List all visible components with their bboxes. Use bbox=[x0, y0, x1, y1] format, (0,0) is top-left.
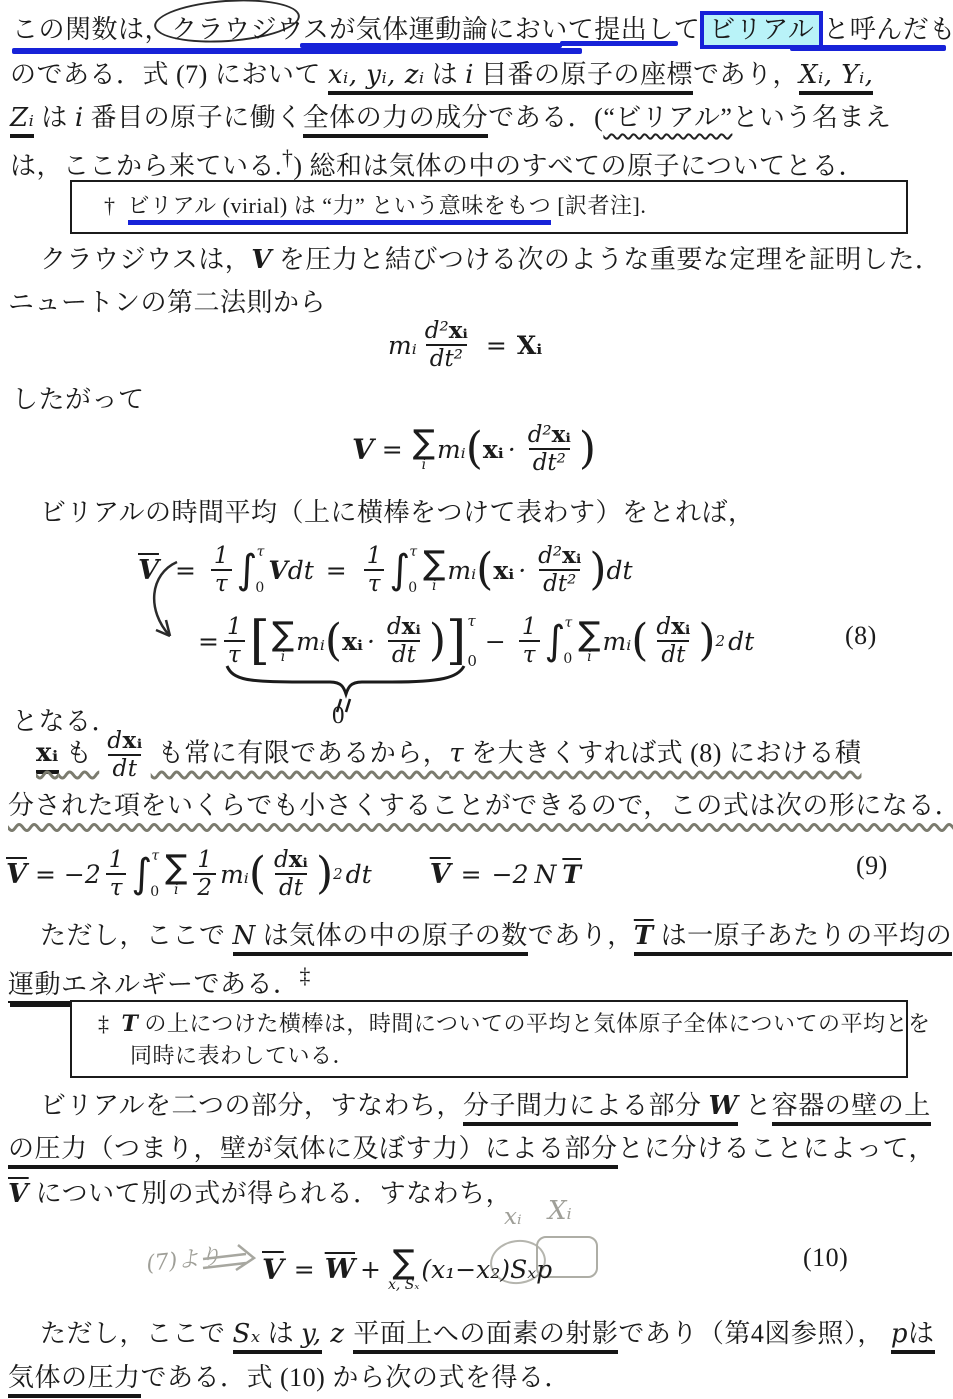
equation-8-tag: (8) bbox=[845, 620, 877, 653]
integral-limits: τ0 bbox=[255, 544, 264, 596]
den-tau: τ bbox=[519, 640, 540, 668]
math-d: d bbox=[387, 614, 402, 640]
dot-operator: · bbox=[367, 627, 375, 656]
script-V: V bbox=[352, 433, 374, 466]
script-T: T bbox=[122, 1011, 139, 1037]
script-T-bar: T bbox=[562, 860, 581, 889]
open-paren: ( bbox=[631, 621, 648, 661]
integral: ∫ bbox=[131, 854, 152, 894]
math-x-i: xᵢ bbox=[552, 421, 571, 448]
num-1: 1 bbox=[105, 847, 128, 873]
equation-10: V = W + ∑x, Sₓ ( x₁−x₂ ) Sₓ p bbox=[262, 1238, 552, 1300]
math-dt: dt bbox=[728, 627, 754, 656]
double-dagger-mark: ‡ bbox=[98, 1011, 110, 1036]
upper-limit: τ bbox=[409, 544, 417, 560]
paragraph-2-line-1: クラウジウスは，V を圧力と結びつける次のような重要な定理を証明した． bbox=[40, 244, 941, 277]
num-1: 1 bbox=[193, 847, 216, 873]
fraction: 1τ bbox=[518, 614, 541, 669]
pencil-text: xᵢ bbox=[504, 1204, 522, 1230]
equals-sign: = bbox=[35, 860, 56, 889]
footnote-1-underlined: ビリアル (virial) は “力” という意味をもつ bbox=[128, 193, 552, 225]
summation: ∑i bbox=[413, 426, 435, 471]
double-dagger-mark: ‡ bbox=[300, 964, 311, 988]
text-run: も bbox=[59, 738, 100, 767]
text-run: も常に有限であるから， bbox=[151, 738, 450, 767]
text-run-underlined: の圧力（つまり，壁が気体に及ぼす力）による部分 bbox=[8, 1134, 618, 1169]
math-m-i: mᵢ bbox=[602, 627, 631, 656]
script-W-bar: W bbox=[325, 1254, 355, 1285]
text-run: ビリアルを二つの部分，すなわち， bbox=[40, 1091, 463, 1120]
equation-10-tag: (10) bbox=[803, 1242, 848, 1275]
text-run: 目番の原子の座標 bbox=[474, 60, 693, 89]
math-x-i: xᵢ bbox=[562, 542, 581, 569]
text-run: は，ここから来ている. bbox=[10, 152, 282, 181]
blue-underline bbox=[300, 43, 562, 48]
math-x-i: xᵢ bbox=[483, 435, 504, 464]
integral: ∫ bbox=[389, 550, 410, 590]
integral: ∫ bbox=[544, 621, 565, 661]
paragraph-6-line-3: V について別の式が得られる．すなわち， bbox=[8, 1178, 512, 1211]
math-x1-minus-x2: x₁−x₂ bbox=[431, 1255, 500, 1284]
script-V-bar: V bbox=[262, 1253, 284, 1286]
sum-index: i bbox=[174, 883, 178, 897]
text-run: ただし，ここで bbox=[40, 921, 233, 950]
bracket-limits: τ0 bbox=[467, 612, 477, 670]
text-run: であり（第4図参照）， bbox=[618, 1319, 891, 1348]
text-run-underlined: 運動エネルギー bbox=[8, 970, 194, 1003]
pencil-annotation-xi: xᵢ bbox=[504, 1204, 522, 1230]
sum-index: i bbox=[587, 650, 591, 664]
shitagatte-line: したがって bbox=[12, 384, 145, 417]
text-run: のである．式 (7) において bbox=[10, 60, 328, 89]
open-bracket: [ bbox=[250, 619, 270, 663]
paragraph-1-line-1: この関数は，クラウジウスが気体運動論において提出してビリアルと呼んだも bbox=[12, 14, 953, 47]
pencil-text: Xᵢ bbox=[548, 1196, 572, 1226]
close-paren: ) bbox=[316, 854, 333, 894]
math-d: d bbox=[274, 847, 289, 873]
handwritten-zero: 0 bbox=[332, 700, 345, 731]
text-run: は bbox=[34, 103, 75, 132]
text-run: は気体の中の原子の数 bbox=[256, 921, 528, 950]
close-bracket: ] bbox=[446, 619, 466, 663]
fraction: dxᵢ dt bbox=[383, 614, 425, 669]
math-x-i: xᵢ bbox=[36, 738, 59, 774]
dot-operator: · bbox=[518, 556, 526, 585]
math-xyz-i: xᵢ, yᵢ, zᵢ bbox=[328, 60, 425, 90]
text-run: [訳者注]. bbox=[551, 193, 646, 218]
text-run: ただし，ここで bbox=[40, 1319, 233, 1348]
equation-virial-def: V = ∑i mᵢ ( xᵢ · d²xᵢ dt² ) bbox=[352, 416, 596, 482]
upper-limit: τ bbox=[151, 848, 159, 864]
exponent-2: 2 bbox=[716, 632, 726, 650]
text-run-underlined: 容器の壁の上 bbox=[772, 1091, 931, 1126]
pencil-annotation-Xi: Xᵢ bbox=[548, 1196, 572, 1226]
math-x-i: xᵢ bbox=[449, 317, 468, 344]
math-dt2: dt² bbox=[543, 571, 576, 597]
close-paren: ) bbox=[698, 621, 715, 661]
math-x-i: xᵢ bbox=[289, 846, 308, 873]
text-run: であり， bbox=[693, 60, 799, 89]
paragraph-1-line-3: Zᵢ は i 番目の原子に働く全体の力の成分である．(“ビリアル”という名まえ bbox=[10, 102, 891, 135]
close-paren: ) bbox=[589, 550, 606, 590]
math-S-x: Sₓ bbox=[510, 1255, 536, 1284]
scanned-textbook-page: この関数は，クラウジウスが気体運動論において提出してビリアルと呼んだも のである… bbox=[0, 0, 953, 1399]
math-N: N bbox=[534, 860, 556, 889]
sum-index: i bbox=[432, 579, 436, 593]
equals-sign: = bbox=[175, 556, 196, 585]
integral-limits: τ0 bbox=[408, 544, 417, 596]
math-dt: dt bbox=[288, 556, 314, 585]
text-run: この関数は， bbox=[12, 15, 171, 44]
lower-limit: 0 bbox=[563, 651, 572, 667]
paragraph-1-line-4: は，ここから来ている.†) 総和は気体の中のすべての原子についてとる． bbox=[10, 145, 865, 183]
lower-limit: 0 bbox=[408, 580, 417, 596]
lower-limit: 0 bbox=[255, 580, 264, 596]
num-1: 1 bbox=[518, 614, 541, 640]
tag-10: (10) bbox=[803, 1243, 848, 1272]
text-run: について別の式が得られる．すなわち， bbox=[29, 1179, 512, 1208]
text-run-clausius: クラウジウス bbox=[171, 15, 329, 44]
summation: ∑i bbox=[165, 851, 187, 896]
exponent-2: 2 bbox=[333, 865, 343, 883]
blue-underline bbox=[790, 45, 946, 51]
fraction: 1τ bbox=[210, 543, 233, 598]
paragraph-7-line-2: 気体の圧力である．式 (10) から次の式を得る． bbox=[8, 1362, 571, 1395]
tag-9: (9) bbox=[856, 851, 888, 880]
math-dt: dt bbox=[346, 860, 372, 889]
text-run: 分された項をいくらでも小さくすることができるので，この式は次の形になる． bbox=[8, 791, 953, 820]
script-V-bar: V bbox=[6, 859, 27, 890]
den-tau: τ bbox=[224, 640, 245, 668]
fraction: dxᵢ dt bbox=[652, 614, 694, 669]
text-run: である．式 (10) から次の式を得る． bbox=[141, 1363, 571, 1392]
paragraph-4-line-2: 分された項をいくらでも小さくすることができるので，この式は次の形になる． bbox=[8, 790, 953, 823]
paragraph-6-line-1: ビリアルを二つの部分，すなわち，分子間力による部分 W と容器の壁の上 bbox=[40, 1090, 931, 1123]
text-run: 同時に表わしている． bbox=[130, 1043, 355, 1068]
math-dt2: dt² bbox=[533, 450, 566, 476]
math-dt: dt bbox=[279, 875, 303, 901]
math-m-i: mᵢ bbox=[437, 435, 466, 464]
sigma: ∑ bbox=[165, 851, 187, 882]
math-m-i: mᵢ bbox=[220, 860, 249, 889]
sigma: ∑ bbox=[272, 618, 294, 649]
den-tau: τ bbox=[211, 569, 232, 597]
fraction: 1τ bbox=[223, 614, 246, 669]
open-paren: ( bbox=[249, 854, 266, 894]
text-run: が気体運動論において提出して bbox=[329, 15, 700, 44]
open-paren: ( bbox=[476, 550, 493, 590]
text-run: を圧力と結びつける次のような重要な定理を証明した． bbox=[272, 245, 942, 274]
text-run-underlined: 平面上への面素の射影 bbox=[353, 1319, 618, 1354]
open-paren: ( bbox=[325, 621, 342, 661]
math-Z-i: Zᵢ bbox=[10, 103, 34, 133]
text-run-wavy-virial: “ビリアル” bbox=[603, 103, 732, 132]
footnote-1-text: † ビリアル (virial) は “力” という意味をもつ [訳者注]. bbox=[104, 192, 646, 220]
text-run: ニュートンの第二法則から bbox=[8, 288, 326, 317]
lower-limit: 0 bbox=[467, 652, 477, 670]
summation: ∑i bbox=[578, 618, 600, 663]
paragraph-7-line-1: ただし，ここで Sₓ は y, z 平面上への面素の射影であり（第4図参照）， … bbox=[40, 1318, 935, 1351]
math-tau: τ bbox=[449, 738, 464, 768]
sigma: ∑ bbox=[578, 618, 600, 649]
math-i: i bbox=[465, 60, 474, 90]
math-XY-i: Xᵢ, Yᵢ, bbox=[799, 60, 873, 90]
math-d2: d² bbox=[425, 318, 449, 344]
text-run: 番目の原子に働く bbox=[84, 103, 303, 132]
text-run: である． bbox=[194, 970, 300, 999]
text-run: は bbox=[908, 1319, 935, 1348]
fraction-half: 12 bbox=[193, 847, 216, 902]
math-dt2: dt² bbox=[430, 346, 463, 372]
plus-sign: + bbox=[360, 1255, 381, 1284]
math-dt: dt bbox=[392, 642, 416, 668]
equation-8-line-1: V = 1τ ∫ τ0 V dt = 1τ ∫ τ0 ∑i mᵢ ( xᵢ · … bbox=[138, 538, 633, 602]
highlight-term-virial: ビリアル bbox=[700, 11, 823, 49]
math-i: i bbox=[75, 103, 84, 133]
sum-index: i bbox=[281, 650, 285, 664]
text-run-underlined: 気体の圧力 bbox=[8, 1363, 141, 1398]
script-V: V bbox=[268, 556, 287, 585]
math-d: d bbox=[656, 614, 671, 640]
text-run: ビリアルの時間平均（上に横棒をつけて表わす）をとれば， bbox=[40, 498, 754, 527]
open-paren: ( bbox=[421, 1255, 431, 1284]
math-x-i: xᵢ bbox=[402, 613, 421, 640]
script-V: V bbox=[251, 245, 272, 275]
sigma: ∑ bbox=[393, 1246, 415, 1277]
math-x-i: xᵢ bbox=[671, 613, 690, 640]
script-V-bar: V bbox=[430, 859, 451, 890]
math-p: p bbox=[536, 1255, 552, 1284]
math-p: p bbox=[891, 1319, 908, 1349]
text-run: クラウジウスは， bbox=[40, 245, 251, 274]
minus-sign: − bbox=[485, 627, 506, 656]
footnote-2-line-1: ‡ T の上につけた横棒は，時間についての平均と気体原子全体についての平均とを bbox=[98, 1010, 931, 1039]
fraction: d²xᵢ dt² bbox=[524, 422, 575, 477]
text-run: 分子間力による部分 bbox=[463, 1091, 709, 1120]
math-dt: dt bbox=[112, 756, 137, 782]
paragraph-4-line-1: xᵢ も dxᵢdt も常に有限であるから，τ を大きくすれば式 (8) におけ… bbox=[36, 728, 861, 783]
math-dt: dt bbox=[661, 642, 685, 668]
text-run: という名まえ bbox=[732, 103, 891, 132]
close-paren: ) bbox=[500, 1255, 510, 1284]
sigma: ∑ bbox=[423, 547, 445, 578]
minus-two: −2 bbox=[492, 860, 529, 889]
math-m-i: mᵢ bbox=[388, 331, 417, 360]
math-m-i: mᵢ bbox=[296, 627, 325, 656]
summation: ∑i bbox=[272, 618, 294, 663]
script-W: W bbox=[708, 1091, 738, 1121]
fraction: dxᵢdt bbox=[103, 728, 146, 783]
text-run: は一原子あたりの平均の bbox=[654, 921, 953, 950]
fraction: d²xᵢ dt² bbox=[421, 318, 472, 373]
dagger-mark: † bbox=[282, 146, 293, 170]
summation: ∑i bbox=[423, 547, 445, 592]
text-run: は bbox=[425, 60, 466, 89]
paragraph-3: ビリアルの時間平均（上に横棒をつけて表わす）をとれば， bbox=[40, 497, 754, 530]
paragraph-2-line-2: ニュートンの第二法則から bbox=[8, 287, 326, 320]
num-1: 1 bbox=[363, 543, 386, 569]
num-1: 1 bbox=[223, 614, 246, 640]
dagger-mark: † bbox=[104, 193, 116, 218]
fraction: dxᵢ dt bbox=[270, 847, 312, 902]
blue-underline bbox=[12, 48, 582, 54]
math-X-i: Xᵢ bbox=[517, 331, 542, 360]
summation: ∑x, Sₓ bbox=[388, 1246, 419, 1291]
equation-9-tag: (9) bbox=[856, 850, 888, 883]
upper-limit: τ bbox=[257, 544, 265, 560]
equals-sign: = bbox=[382, 435, 403, 464]
equals-sign: = bbox=[326, 556, 347, 585]
paragraph-6-line-2: の圧力（つまり，壁が気体に及ぼす力）による部分とに分けることによって， bbox=[8, 1133, 935, 1166]
close-paren: ) bbox=[429, 621, 446, 661]
text-run: ) 総和は気体の中のすべての原子についてとる． bbox=[293, 152, 865, 181]
text-run: したがって bbox=[12, 385, 145, 414]
paragraph-1-line-2: のである．式 (7) において xᵢ, yᵢ, zᵢ は i 目番の原子の座標で… bbox=[10, 59, 873, 92]
fraction: d²xᵢ dt² bbox=[534, 543, 585, 598]
den-tau: τ bbox=[106, 873, 127, 901]
text-run: は bbox=[261, 1319, 302, 1348]
math-x-i: xᵢ bbox=[493, 556, 514, 585]
math-y: y, bbox=[301, 1319, 322, 1349]
den-2: 2 bbox=[193, 873, 216, 901]
sigma: ∑ bbox=[413, 426, 435, 457]
paragraph-5-line-1: ただし，ここで N は気体の中の原子の数であり，T は一原子あたりの平均の bbox=[40, 920, 952, 953]
script-T-bar: T bbox=[634, 921, 654, 951]
paragraph-5-line-2: 運動エネルギーである．‡ bbox=[8, 963, 311, 1001]
text-run: と bbox=[738, 1091, 772, 1120]
math-S-x: Sₓ bbox=[233, 1319, 261, 1349]
close-paren: ) bbox=[579, 429, 596, 469]
pencil-text: (7)より bbox=[145, 1244, 222, 1277]
blue-underline bbox=[560, 41, 678, 46]
equals-sign: = bbox=[294, 1255, 315, 1284]
math-N: N bbox=[233, 921, 256, 951]
tag-8: (8) bbox=[845, 621, 877, 650]
text-run: の上につけた横棒は，時間についての平均と気体原子全体についての平均とを bbox=[138, 1011, 930, 1036]
text-run: とに分けることによって， bbox=[618, 1134, 935, 1163]
sum-index: i bbox=[422, 458, 426, 472]
fraction: 1τ bbox=[363, 543, 386, 598]
den-tau: τ bbox=[364, 569, 385, 597]
equation-newton: mᵢ d²xᵢ dt² = Xᵢ bbox=[388, 314, 542, 376]
minus-two: −2 bbox=[64, 860, 101, 889]
math-z: z bbox=[322, 1319, 354, 1349]
equation-9: V = −2 1τ ∫ τ0 ∑i 12 mᵢ ( dxᵢ dt ) 2 dt … bbox=[6, 842, 581, 906]
sum-index: x, Sₓ bbox=[388, 1278, 419, 1292]
upper-limit: τ bbox=[564, 615, 572, 631]
text-run: と呼んだも bbox=[823, 15, 953, 44]
zero-annotation: 0 bbox=[332, 702, 345, 729]
text-run: である．( bbox=[488, 103, 603, 132]
math-d: d bbox=[107, 728, 122, 754]
num-1: 1 bbox=[210, 543, 233, 569]
integral: ∫ bbox=[237, 550, 258, 590]
equation-8-line-2: = 1τ [ ∑i mᵢ ( xᵢ · dxᵢ dt ) ] τ0 − 1τ ∫… bbox=[198, 608, 754, 674]
open-paren: ( bbox=[466, 429, 483, 469]
math-x-i: xᵢ bbox=[342, 627, 363, 656]
integral-limits: τ0 bbox=[150, 848, 159, 900]
lower-limit: 0 bbox=[150, 884, 159, 900]
upper-limit: τ bbox=[467, 612, 477, 630]
math-d2: d² bbox=[528, 422, 552, 448]
text-run-underlined: 全体の力の成分 bbox=[303, 103, 489, 138]
script-V-bar: V bbox=[8, 1179, 29, 1209]
integral-limits: τ0 bbox=[563, 615, 572, 667]
footnote-2-line-2: 同時に表わしている． bbox=[130, 1042, 355, 1070]
math-d2: d² bbox=[538, 543, 562, 569]
equals-sign: = bbox=[461, 860, 482, 889]
math-dt: dt bbox=[607, 556, 633, 585]
math-x-i: xᵢ bbox=[122, 727, 142, 754]
equals-sign: = bbox=[486, 331, 507, 360]
pencil-note-from-eq7: (7)より bbox=[145, 1239, 223, 1278]
equals-sign: = bbox=[198, 627, 219, 656]
fraction: 1τ bbox=[105, 847, 128, 902]
text-run: を大きくすれば式 (8) における積 bbox=[464, 738, 861, 767]
script-V-bar: V bbox=[138, 555, 159, 586]
text-run: であり， bbox=[528, 921, 634, 950]
dot-operator: · bbox=[508, 435, 516, 464]
math-m-i: mᵢ bbox=[447, 556, 476, 585]
